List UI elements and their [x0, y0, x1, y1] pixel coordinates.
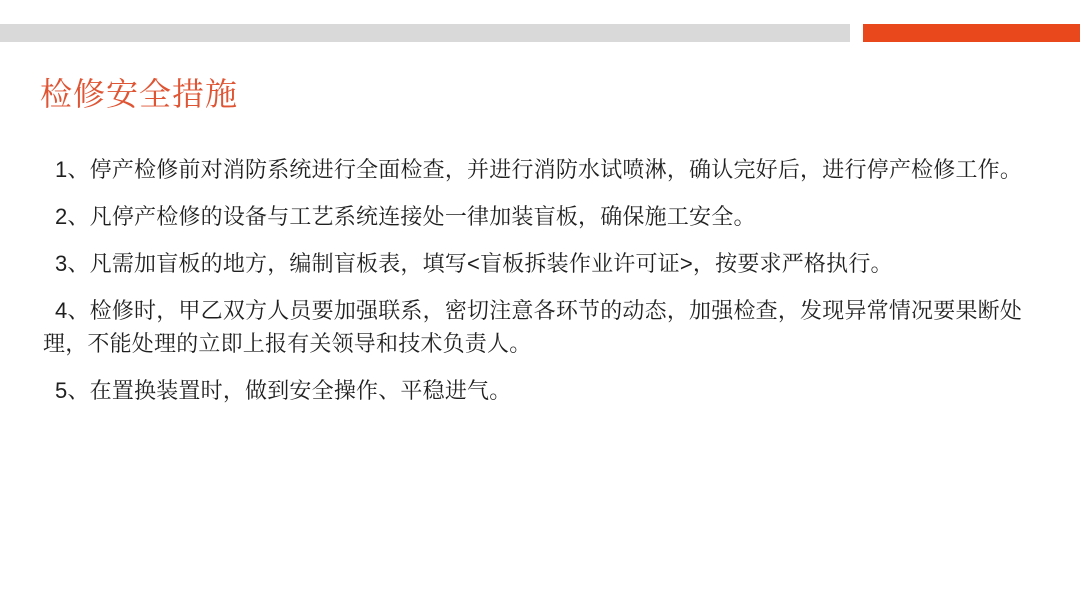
slide: 检修安全措施 1、停产检修前对消防系统进行全面检查，并进行消防水试喷淋，确认完好… [0, 0, 1080, 608]
list-item: 2、凡停产检修的设备与工艺系统连接处一律加装盲板，确保施工安全。 [43, 200, 1028, 233]
list-item: 1、停产检修前对消防系统进行全面检查，并进行消防水试喷淋，确认完好后，进行停产检… [43, 153, 1028, 186]
header-accent-bar [863, 24, 1080, 42]
list-item: 3、凡需加盲板的地方，编制盲板表，填写<盲板拆装作业许可证>，按要求严格执行。 [43, 247, 1028, 280]
safety-measures-list: 1、停产检修前对消防系统进行全面检查，并进行消防水试喷淋，确认完好后，进行停产检… [43, 153, 1028, 421]
list-item: 4、检修时，甲乙双方人员要加强联系，密切注意各环节的动态，加强检查，发现异常情况… [43, 294, 1028, 360]
list-item: 5、在置换装置时，做到安全操作、平稳进气。 [43, 374, 1028, 407]
slide-title: 检修安全措施 [40, 74, 238, 114]
header-gray-bar [0, 24, 850, 42]
